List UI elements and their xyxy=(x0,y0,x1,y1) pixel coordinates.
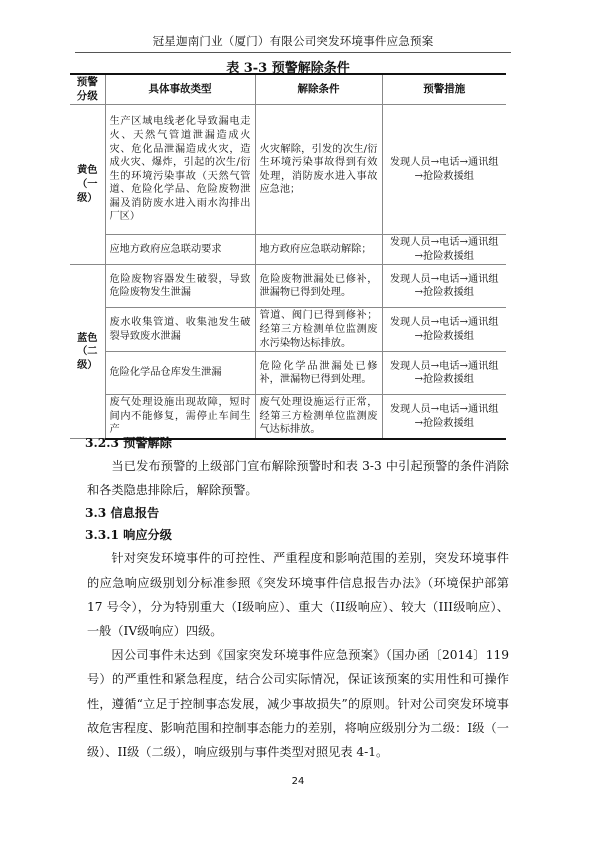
page-number: 24 xyxy=(0,776,596,787)
cell-condition: 管道、阀门已得到修补；经第三方检测单位监测废水污染物达标排放。 xyxy=(255,308,382,352)
cell-type: 危险废物容器发生破裂，导致危险废物发生泄漏 xyxy=(105,265,255,308)
paragraph-warning-release: 当已发布预警的上级部门宣布解除预警时和表 3-3 中引起预警的条件消除和各类隐患… xyxy=(87,454,509,502)
header-type: 具体事故类型 xyxy=(105,74,255,105)
table-row: 黄色（一级） 生产区域电线老化导致漏电走火、天然气管道泄漏造成火灾、危化品泄漏造… xyxy=(70,105,506,235)
cell-measure: 发现人员→电话→通讯组→抢险救援组 xyxy=(382,105,506,235)
table-row: 应地方政府应急联动要求 地方政府应急联动解除； 发现人员→电话→通讯组→抢险救援… xyxy=(70,235,506,265)
cell-measure: 发现人员→电话→通讯组→抢险救援组 xyxy=(382,308,506,352)
cell-measure: 发现人员→电话→通讯组→抢险救援组 xyxy=(382,235,506,265)
cell-measure: 发现人员→电话→通讯组→抢险救援组 xyxy=(382,265,506,308)
heading-3-3: 3.3 信息报告 xyxy=(85,502,509,524)
cell-condition: 危险化学品泄漏处已修补，泄漏物已得到处理。 xyxy=(255,352,382,395)
paragraph-response-division: 因公司事件未达到《国家突发环境事件应急预案》（国办函〔2014〕119 号）的严… xyxy=(87,643,509,764)
body-content: 3.2.3 预警解除 当已发布预警的上级部门宣布解除预警时和表 3-3 中引起预… xyxy=(87,432,509,764)
cell-condition: 危险废物泄漏处已修补，泄漏物已得到处理。 xyxy=(255,265,382,308)
cell-type: 应地方政府应急联动要求 xyxy=(105,235,255,265)
page-header: 冠星迦南门业（厦门）有限公司突发环境事件应急预案 xyxy=(75,33,511,53)
cell-type: 生产区域电线老化导致漏电走火、天然气管道泄漏造成火灾、危化品泄漏造成火灾，造成火… xyxy=(105,105,255,235)
level-yellow: 黄色（一级） xyxy=(70,105,105,265)
paragraph-response-levels: 针对突发环境事件的可控性、严重程度和影响范围的差别，突发环境事件的应急响应级别划… xyxy=(87,546,509,643)
table-row: 蓝色（二级） 危险废物容器发生破裂，导致危险废物发生泄漏 危险废物泄漏处已修补，… xyxy=(70,265,506,308)
header-measure: 预警措施 xyxy=(382,74,506,105)
heading-3-2-3: 3.2.3 预警解除 xyxy=(85,432,509,454)
cell-measure: 发现人员→电话→通讯组→抢险救援组 xyxy=(382,352,506,395)
heading-3-3-1: 3.3.1 响应分级 xyxy=(85,524,509,546)
table-header-row: 预警分级 具体事故类型 解除条件 预警措施 xyxy=(70,74,506,105)
header-condition: 解除条件 xyxy=(255,74,382,105)
cell-condition: 火灾解除，引发的次生/衍生环境污染事故得到有效处理，消防废水进入事故应急池； xyxy=(255,105,382,235)
cell-condition: 地方政府应急联动解除； xyxy=(255,235,382,265)
cell-type: 危险化学品仓库发生泄漏 xyxy=(105,352,255,395)
level-blue: 蓝色（二级） xyxy=(70,265,105,439)
cell-type: 废水收集管道、收集池发生破裂导致废水泄漏 xyxy=(105,308,255,352)
table-row: 危险化学品仓库发生泄漏 危险化学品泄漏处已修补，泄漏物已得到处理。 发现人员→电… xyxy=(70,352,506,395)
table-row: 废水收集管道、收集池发生破裂导致废水泄漏 管道、阀门已得到修补；经第三方检测单位… xyxy=(70,308,506,352)
header-level: 预警分级 xyxy=(70,74,105,105)
warning-release-table: 预警分级 具体事故类型 解除条件 预警措施 黄色（一级） 生产区域电线老化导致漏… xyxy=(70,73,506,440)
